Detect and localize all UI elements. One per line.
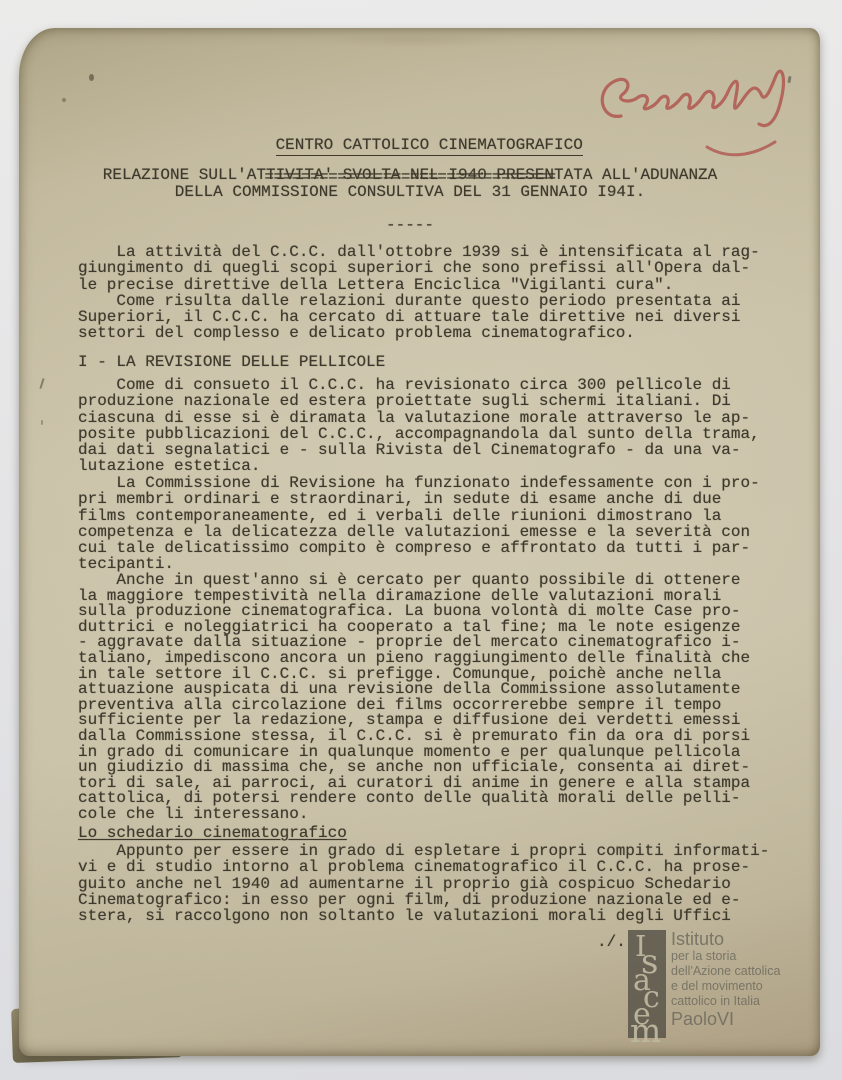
scanned-document-page: { "annotation": { "text": "Consigl", "co…: [0, 0, 842, 1080]
paragraph-revisione-1: Come di consueto il C.C.C. ha revisionat…: [78, 377, 760, 475]
paragraph-schedario: Appunto per essere in grado di espletare…: [78, 843, 769, 924]
watermark-line: e del movimento: [671, 979, 801, 994]
page-continuation-mark: ./.: [597, 934, 626, 950]
watermark-line: per la storia: [671, 949, 801, 964]
watermark-line: Istituto: [671, 929, 801, 949]
separator-dashes: -----: [80, 217, 740, 233]
document-subtitle: RELAZIONE SULL'ATTIVITA' SVOLTA NEL I940…: [80, 167, 740, 201]
watermark-line: PaoloVI: [671, 1009, 801, 1029]
section-heading-revisione: I - LA REVISIONE DELLE PELLICOLE: [78, 354, 385, 370]
dirt-speck: [62, 98, 66, 102]
paragraph-revisione-3: Anche in quest'anno si è cercato per qua…: [78, 573, 750, 823]
watermark-line: cattolico in Italia: [671, 994, 801, 1009]
section-heading-schedario: Lo schedario cinematografico: [78, 825, 347, 841]
watermark-isacem-logo: I s a c e m: [628, 930, 666, 1038]
pencil-mark: [41, 420, 43, 425]
dirt-speck: [89, 74, 94, 81]
paragraph-intro: La attività del C.C.C. dall'ottobre 1939…: [78, 244, 760, 342]
watermark-line: dell'Azione cattolica: [671, 964, 801, 979]
document-title: CENTRO CATTOLICO CINEMATOGRAFICO: [276, 137, 583, 155]
document-paper: CENTRO CATTOLICO CINEMATOGRAFICO =======…: [19, 28, 820, 1056]
paragraph-revisione-2: La Commissione di Revisione ha funzionat…: [78, 475, 760, 573]
watermark-institute-text: Istituto per la storia dell'Azione catto…: [671, 929, 801, 1029]
watermark-letter: m: [630, 1014, 661, 1047]
paper-stain: [319, 32, 509, 48]
pencil-mark: [39, 378, 44, 389]
